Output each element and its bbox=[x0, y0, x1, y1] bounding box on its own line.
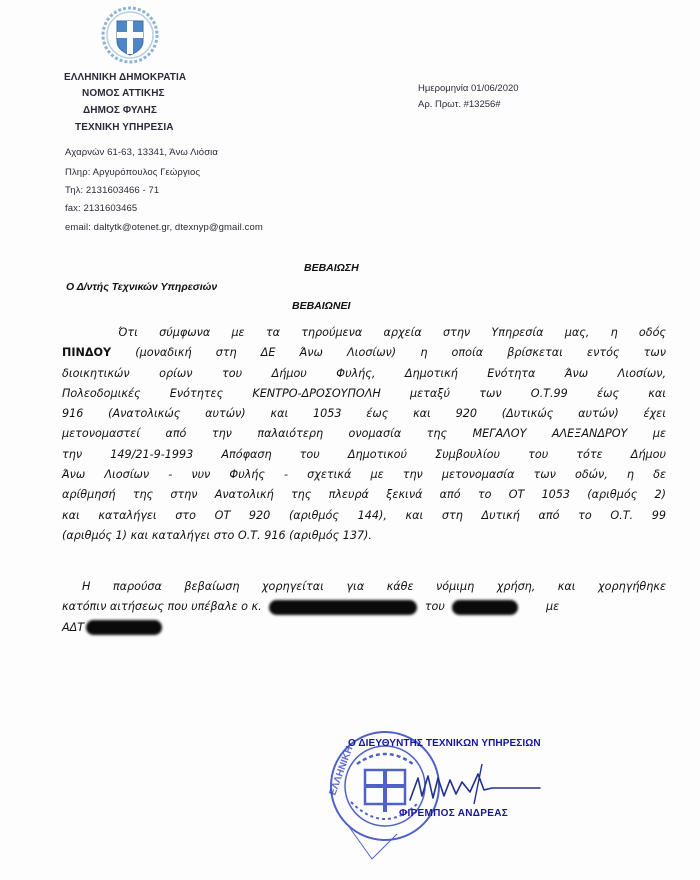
paragraph-line: ΑΔΤ bbox=[62, 618, 666, 638]
paragraph-line: μετονομαστεί από την παλαιότερη ονομασία… bbox=[62, 424, 666, 444]
document-certifies: ΒΕΒΑΙΩΝΕΙ bbox=[292, 300, 350, 312]
document-date: Ημερομηνία 01/06/2020 bbox=[418, 81, 519, 97]
redacted-id-number bbox=[86, 620, 162, 635]
paragraph-line: και καταλήγει στο ΟΤ 920 (αριθμός 144), … bbox=[62, 506, 666, 526]
paragraph-line: ΠΙΝΔΟΥ (μοναδική στη ΔΕ Άνω Λιοσίων) η ο… bbox=[62, 343, 666, 363]
header-municipality: ΔΗΜΟΣ ΦΥΛΗΣ bbox=[83, 105, 157, 116]
paragraph-line: Η παρούσα βεβαίωση χορηγείται για κάθε ν… bbox=[62, 577, 666, 597]
meta-block: Ημερομηνία 01/06/2020 Αρ. Πρωτ. #13256# bbox=[418, 81, 519, 113]
document-issuer: Ο Δ/ντής Τεχνικών Υπηρεσιών bbox=[66, 281, 217, 293]
document-title: ΒΕΒΑΙΩΣΗ bbox=[304, 262, 359, 274]
document-page: ΕΛΛΗΝΙΚΗ ΔΗΜΟΚΡΑΤΙΑ ΝΟΜΟΣ ΑΤΤΙΚΗΣ ΔΗΜΟΣ … bbox=[0, 0, 700, 880]
header-contact-person: Πληρ: Αργυρόπουλος Γεώργιος bbox=[65, 167, 200, 178]
signatory-name: ΦΙΡΕΜΠΟΣ ΑΝΔΡΕΑΣ bbox=[399, 808, 508, 819]
paragraph-line: διοικητικών ορίων του Δήμου Φυλής, Δημοτ… bbox=[62, 364, 666, 384]
signatory-title: Ο ΔΙΕΥΘΥΝΤΗΣ ΤΕΧΝΙΚΩΝ ΥΠΗΡΕΣΙΩΝ bbox=[348, 738, 541, 749]
paragraph-line: αρίθμησή της στην Ανατολική της πλευρά ξ… bbox=[62, 485, 666, 505]
applicant-suffix: με bbox=[546, 600, 559, 613]
paragraph-line: (αριθμός 1) και καταλήγει στο Ο.Τ. 916 (… bbox=[62, 526, 666, 546]
paragraph-line: την 149/21-9-1993 Απόφαση του Δημοτικού … bbox=[62, 445, 666, 465]
id-card-label: ΑΔΤ bbox=[62, 621, 84, 634]
header-department: ΤΕΧΝΙΚΗ ΥΠΗΡΕΣΙΑ bbox=[75, 122, 174, 133]
street-name: ΠΙΝΔΟΥ bbox=[62, 346, 111, 359]
protocol-number: Αρ. Πρωτ. #13256# bbox=[418, 97, 519, 113]
paragraph-line: Άνω Λιοσίων - νυν Φυλής - σχετικά με την… bbox=[62, 465, 666, 485]
paragraph-2: Η παρούσα βεβαίωση χορηγείται για κάθε ν… bbox=[62, 577, 666, 638]
header-prefecture: ΝΟΜΟΣ ΑΤΤΙΚΗΣ bbox=[82, 88, 165, 99]
header-fax: fax: 2131603465 bbox=[65, 203, 137, 214]
paragraph-line: 916 (Ανατολικώς αυτών) και 1053 έως και … bbox=[62, 404, 666, 424]
applicant-prefix: κατόπιν αιτήσεως που υπέβαλε ο κ. bbox=[62, 600, 262, 613]
handwritten-signature-icon bbox=[400, 760, 550, 810]
greek-coat-of-arms-icon bbox=[100, 5, 160, 65]
applicant-father-prefix: του bbox=[425, 600, 445, 613]
redacted-father-name bbox=[452, 600, 518, 615]
paragraph-line: κατόπιν αιτήσεως που υπέβαλε ο κ. του με bbox=[62, 597, 666, 617]
paragraph-line-rest: (μοναδική στη ΔΕ Άνω Λιοσίων) η οποία βρ… bbox=[111, 346, 666, 359]
header-republic: ΕΛΛΗΝΙΚΗ ΔΗΜΟΚΡΑΤΙΑ bbox=[64, 72, 186, 83]
redacted-applicant-name bbox=[269, 600, 417, 615]
header-email: email: daltytk@otenet.gr, dtexnyp@gmail.… bbox=[65, 222, 263, 233]
svg-text:ΕΛΛΗΝΙΚΗ: ΕΛΛΗΝΙΚΗ bbox=[327, 745, 355, 797]
paragraph-line: Ότι σύμφωνα με τα τηρούμενα αρχεία στην … bbox=[62, 323, 666, 343]
paragraph-1: Ότι σύμφωνα με τα τηρούμενα αρχεία στην … bbox=[62, 323, 666, 546]
paragraph-line: Πολεοδομικές Ενότητες ΚΕΝΤΡΟ-ΔΡΟΣΟΥΠΟΛΗ … bbox=[62, 384, 666, 404]
header-phone: Τηλ: 2131603466 - 71 bbox=[65, 185, 159, 196]
header-address: Αχαρνών 61-63, 13341, Άνω Λιόσια bbox=[65, 147, 218, 158]
